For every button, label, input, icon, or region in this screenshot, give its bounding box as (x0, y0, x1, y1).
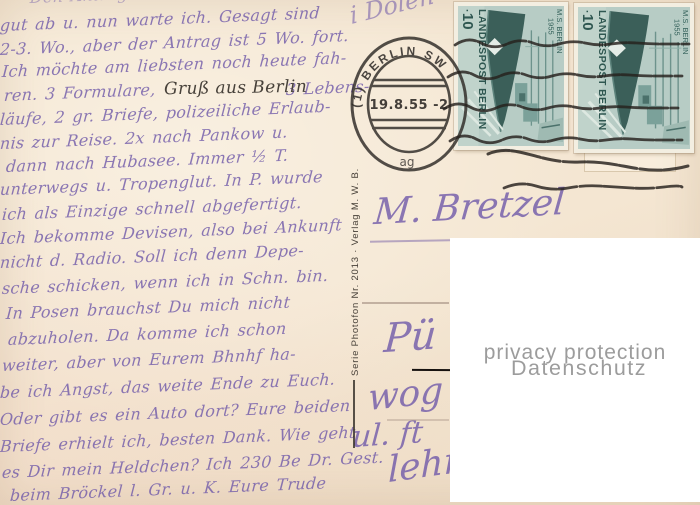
publisher-imprint: Serie Photofon Nr. 2013 · Verlag M. W. B… (350, 168, 361, 376)
cancellation-wavy-lines (428, 8, 700, 204)
printed-greeting: Gruß aus Berlin (164, 77, 307, 99)
privacy-overlay: privacy protection Datenschutz (450, 238, 700, 502)
address-fragment: Pü (382, 312, 438, 362)
ink-underline (412, 369, 453, 372)
address-fragment: wog (367, 370, 444, 419)
postmark-code: ag (400, 155, 415, 169)
divider-line (353, 380, 355, 448)
privacy-text-de: Datenschutz (511, 356, 647, 381)
address-rule (387, 419, 449, 421)
address-rule (362, 302, 449, 304)
postcard-scan: Den Antrag stellte ich gleich, das ging … (0, 0, 700, 505)
